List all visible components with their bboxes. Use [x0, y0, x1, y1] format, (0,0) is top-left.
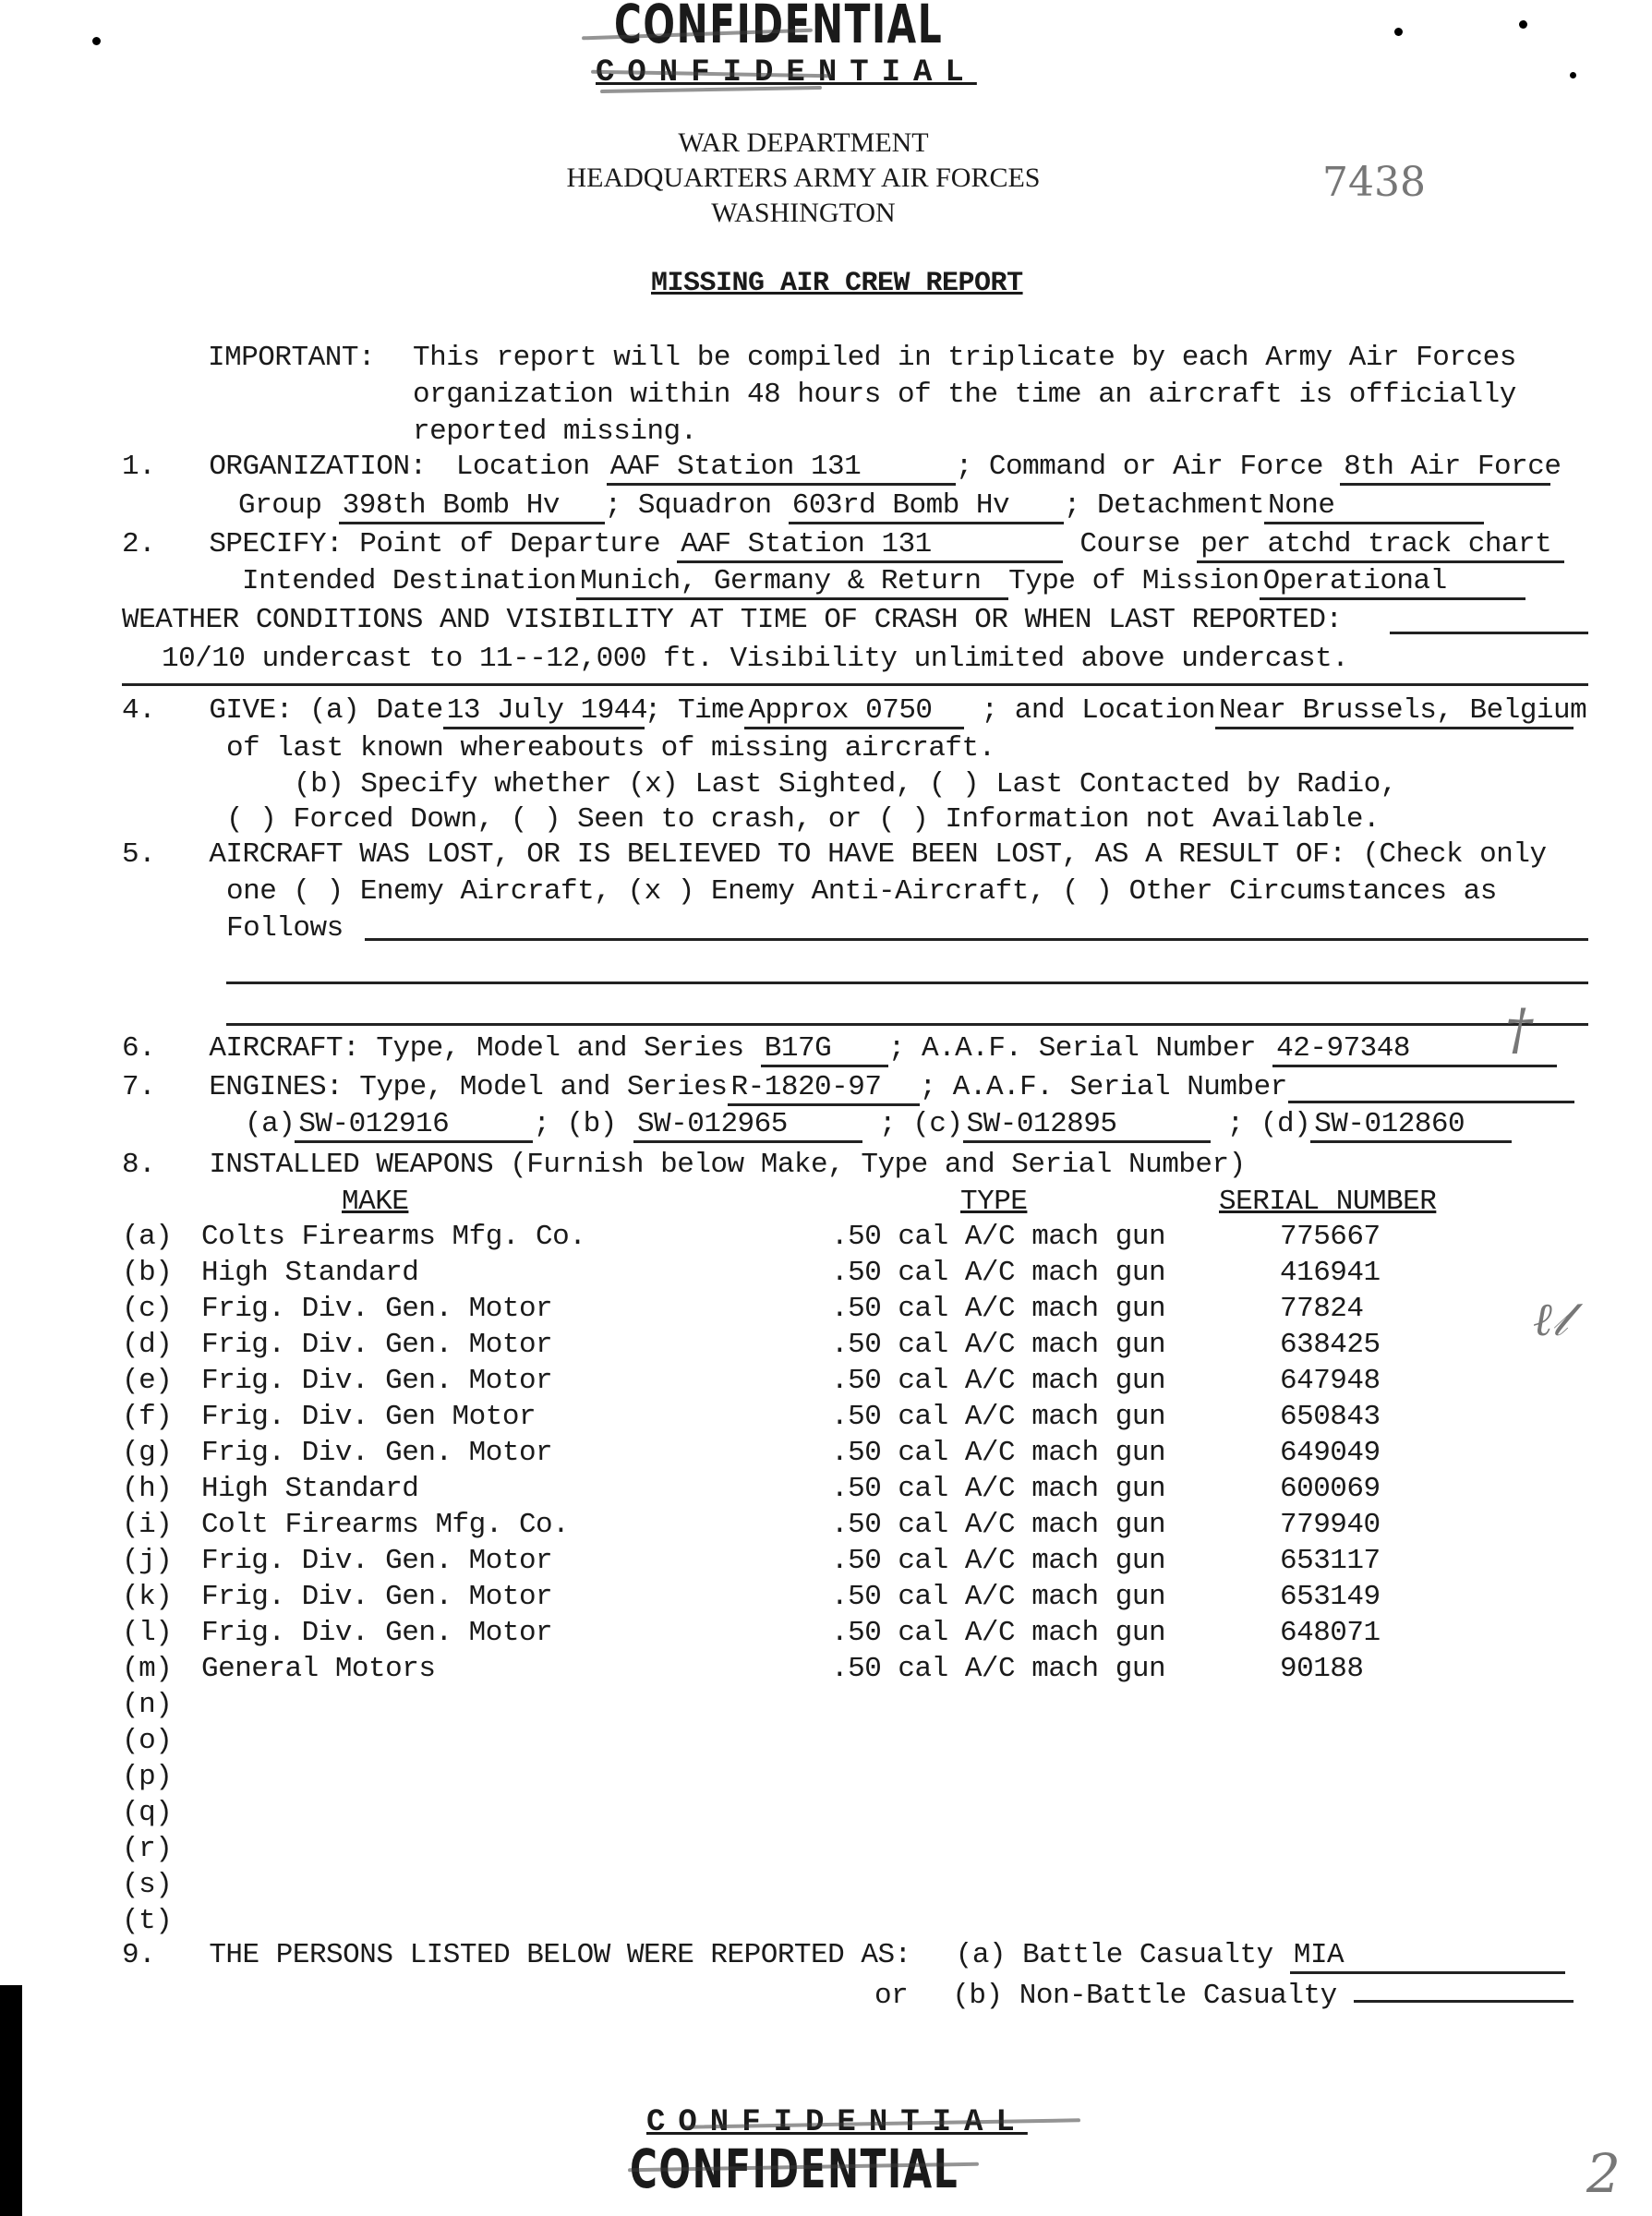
field-label: (a) Battle Casualty: [956, 1939, 1273, 1971]
persons-label: THE PERSONS LISTED BELOW WERE REPORTED A…: [209, 1939, 910, 1971]
weapon-type-cell[interactable]: .50 cal A/C mach gun: [831, 1545, 1165, 1577]
weapon-serial-cell[interactable]: 416941: [1280, 1257, 1381, 1289]
weather-field[interactable]: 10/10 undercast to 11--12,000 ft. Visibi…: [162, 643, 1348, 675]
handwritten-initials: ℓ𝓁: [1533, 1293, 1567, 1347]
fill-line: [365, 938, 1588, 941]
field-label: ; Time: [645, 694, 745, 727]
weapon-row-letter: (i): [122, 1509, 172, 1541]
handwritten-check-mark: †: [1505, 997, 1533, 1062]
report-number: 7438: [1322, 159, 1426, 206]
weapon-make-cell[interactable]: Frig. Div. Gen. Motor: [201, 1545, 552, 1577]
header-line-washington: WASHINGTON: [517, 198, 1090, 229]
section-8-weapons: 8. INSTALLED WEAPONS (Furnish below Make…: [122, 1149, 1246, 1181]
weapon-make-cell[interactable]: Frig. Div. Gen. Motor: [201, 1293, 552, 1325]
last-known-options[interactable]: (x) Last Sighted, ( ) Last Contacted by …: [628, 768, 1397, 801]
weapon-type-cell[interactable]: .50 cal A/C mach gun: [831, 1617, 1165, 1649]
weapon-serial-cell[interactable]: 638425: [1280, 1329, 1381, 1361]
section-number: 8.: [122, 1149, 155, 1181]
weapon-type-cell[interactable]: .50 cal A/C mach gun: [831, 1329, 1165, 1361]
scan-edge-shadow: [0, 1985, 22, 2216]
section-number: 7.: [122, 1071, 155, 1103]
squadron-field[interactable]: 603rd Bomb Hv: [789, 489, 1064, 524]
weapon-type-cell[interactable]: .50 cal A/C mach gun: [831, 1293, 1165, 1325]
aircraft-type-field[interactable]: B17G: [761, 1032, 888, 1067]
fill-line: [1288, 1101, 1574, 1103]
section-4-line2: of last known whereabouts of missing air…: [226, 732, 995, 765]
section-number: 9.: [122, 1939, 155, 1971]
weapon-serial-cell[interactable]: 647948: [1280, 1365, 1381, 1397]
weapon-row-letter: (a): [122, 1221, 172, 1253]
field-label: ENGINES:: [209, 1071, 343, 1103]
weapon-make-cell[interactable]: Frig. Div. Gen. Motor: [201, 1581, 552, 1613]
weapon-serial-cell[interactable]: 779940: [1280, 1509, 1381, 1541]
last-location-field[interactable]: Near Brussels, Belgium: [1215, 694, 1574, 729]
field-label: Type of Mission: [1008, 565, 1260, 597]
section-number: 4.: [122, 694, 155, 727]
section-6-aircraft: 6. AIRCRAFT: Type, Model and Series B17G…: [122, 1032, 1557, 1067]
weapon-type-cell[interactable]: .50 cal A/C mach gun: [831, 1473, 1165, 1505]
weapon-row-letter: (f): [122, 1401, 172, 1433]
last-known-options[interactable]: ( ) Forced Down, ( ) Seen to crash, or (…: [226, 803, 1380, 836]
engine-d-serial-field[interactable]: SW-012860: [1310, 1108, 1512, 1143]
section-number: 1.: [122, 451, 155, 483]
weapon-serial-cell[interactable]: 648071: [1280, 1617, 1381, 1649]
weapon-type-cell[interactable]: .50 cal A/C mach gun: [831, 1365, 1165, 1397]
weapon-type-cell[interactable]: .50 cal A/C mach gun: [831, 1401, 1165, 1433]
weapon-row-letter: (r): [122, 1833, 172, 1865]
time-field[interactable]: Approx 0750: [744, 694, 964, 729]
weapon-serial-cell[interactable]: 600069: [1280, 1473, 1381, 1505]
weapon-type-cell[interactable]: .50 cal A/C mach gun: [831, 1257, 1165, 1289]
follows-label: Follows: [226, 912, 344, 945]
course-field[interactable]: per atchd track chart: [1197, 528, 1564, 563]
weapon-type-cell[interactable]: .50 cal A/C mach gun: [831, 1437, 1165, 1469]
column-header-serial: SERIAL NUMBER: [1219, 1186, 1436, 1218]
field-label: Type, Model and Series: [376, 1032, 743, 1065]
field-label: Group: [238, 489, 322, 522]
weapon-type-cell[interactable]: .50 cal A/C mach gun: [831, 1509, 1165, 1541]
section-9-casualty: 9. THE PERSONS LISTED BELOW WERE REPORTE…: [122, 1939, 1565, 1974]
fill-line: [1390, 632, 1588, 634]
detachment-field[interactable]: None: [1264, 489, 1484, 524]
section-number: 6.: [122, 1032, 155, 1065]
field-label: ; A.A.F. Serial Number: [888, 1032, 1256, 1065]
field-label: Intended Destination: [242, 565, 576, 597]
important-text: organization within 48 hours of the time…: [413, 379, 1516, 411]
weapon-make-cell[interactable]: High Standard: [201, 1473, 418, 1505]
weapon-serial-cell[interactable]: 650843: [1280, 1401, 1381, 1433]
column-header-make: MAKE: [342, 1186, 408, 1218]
field-label: AIRCRAFT:: [209, 1032, 359, 1065]
field-label: GIVE:: [209, 694, 293, 727]
field-label: ; (d): [1227, 1108, 1311, 1140]
weapon-serial-cell[interactable]: 775667: [1280, 1221, 1381, 1253]
field-label: ; Squadron: [605, 489, 772, 522]
engine-type-field[interactable]: R-1820-97: [728, 1071, 920, 1106]
scan-speck: [1570, 72, 1576, 78]
header-line-war-department: WAR DEPARTMENT: [517, 127, 1090, 159]
weapon-serial-cell[interactable]: 77824: [1280, 1293, 1364, 1325]
important-label: IMPORTANT:: [208, 342, 375, 374]
field-label: ; Command or Air Force: [956, 451, 1323, 483]
engine-c-serial-field[interactable]: SW-012895: [963, 1108, 1211, 1143]
section-4-b: (b) Specify whether (x) Last Sighted, ( …: [294, 768, 1397, 801]
field-label: Point of Departure: [359, 528, 660, 560]
weapon-row-letter: (d): [122, 1329, 172, 1361]
fill-line: [226, 982, 1588, 984]
weapon-serial-cell[interactable]: 653149: [1280, 1581, 1381, 1613]
field-label: ; A.A.F. Serial Number: [920, 1071, 1287, 1103]
field-label: (b) Specify whether: [294, 768, 611, 801]
non-battle-casualty-field[interactable]: [1354, 2000, 1574, 2003]
header-line-hq-aaf: HEADQUARTERS ARMY AIR FORCES: [517, 163, 1090, 194]
weapon-row-letter: (m): [122, 1653, 172, 1685]
weapon-row-letter: (j): [122, 1545, 172, 1577]
confidential-stamp-top: CONFIDENTIAL: [614, 0, 943, 55]
important-text: reported missing.: [413, 415, 697, 448]
weapon-make-cell[interactable]: Frig. Div. Gen. Motor: [201, 1329, 552, 1361]
field-label: Location: [456, 451, 590, 483]
weapon-make-cell[interactable]: Frig. Div. Gen. Motor: [201, 1437, 552, 1469]
weapon-make-cell[interactable]: Colt Firearms Mfg. Co.: [201, 1509, 569, 1541]
weapon-serial-cell[interactable]: 649049: [1280, 1437, 1381, 1469]
weapon-row-letter: (s): [122, 1869, 172, 1901]
weapon-row-letter: (k): [122, 1581, 172, 1613]
field-label: Type, Model and Series: [359, 1071, 727, 1103]
section-1-unit: Group 398th Bomb Hv; Squadron 603rd Bomb…: [238, 489, 1484, 524]
field-label: ; (b): [533, 1108, 617, 1140]
section-1-organization: 1. ORGANIZATION: Location AAF Station 13…: [122, 451, 1550, 486]
important-text: This report will be compiled in triplica…: [413, 342, 1516, 374]
report-title: MISSING AIR CREW REPORT: [651, 268, 1023, 299]
weapon-serial-cell[interactable]: 653117: [1280, 1545, 1381, 1577]
weapon-make-cell[interactable]: High Standard: [201, 1257, 418, 1289]
weapon-make-cell[interactable]: Frig. Div. Gen Motor: [201, 1401, 536, 1433]
weapon-row-letter: (n): [122, 1689, 172, 1721]
field-label: ORGANIZATION:: [209, 451, 426, 483]
section-4-give: 4. GIVE: (a) Date13 July 1944; TimeAppro…: [122, 694, 1574, 729]
page-number: 2: [1586, 2142, 1621, 2205]
weapon-row-letter: (h): [122, 1473, 172, 1505]
location-field[interactable]: AAF Station 131: [607, 451, 956, 486]
field-label: ; (c): [879, 1108, 963, 1140]
engine-a-serial-field[interactable]: SW-012916: [295, 1108, 533, 1143]
weapon-make-cell[interactable]: Frig. Div. Gen. Motor: [201, 1617, 552, 1649]
scan-speck: [92, 37, 101, 45]
fill-line: [226, 1023, 1588, 1026]
battle-casualty-field[interactable]: MIA: [1290, 1939, 1565, 1974]
weapon-make-cell[interactable]: General Motors: [201, 1653, 435, 1685]
section-5-cause: 5. AIRCRAFT WAS LOST, OR IS BELIEVED TO …: [122, 838, 1547, 871]
scan-speck: [1394, 28, 1403, 36]
departure-field[interactable]: AAF Station 131: [677, 528, 1063, 563]
weapon-row-letter: (p): [122, 1761, 172, 1793]
date-field[interactable]: 13 July 1944: [443, 694, 645, 729]
weapons-label: INSTALLED WEAPONS (Furnish below Make, T…: [209, 1149, 1245, 1181]
section-number: 2.: [122, 528, 155, 560]
section-2-destination: Intended DestinationMunich, Germany & Re…: [242, 565, 1525, 600]
scan-speck: [1519, 20, 1527, 29]
column-header-type: TYPE: [960, 1186, 1027, 1218]
field-label: (a): [245, 1108, 295, 1140]
section-7-engines: 7. ENGINES: Type, Model and SeriesR-1820…: [122, 1071, 1287, 1106]
weapon-type-cell[interactable]: .50 cal A/C mach gun: [831, 1581, 1165, 1613]
weapon-row-letter: (q): [122, 1797, 172, 1829]
field-label: ; and Location: [982, 694, 1215, 727]
weapon-row-letter: (c): [122, 1293, 172, 1325]
engine-serials: (a)SW-012916; (b) SW-012965 ; (c)SW-0128…: [245, 1108, 1512, 1143]
loss-cause-options[interactable]: one ( ) Enemy Aircraft, (x ) Enemy Anti-…: [226, 875, 1497, 908]
weapon-type-cell[interactable]: .50 cal A/C mach gun: [831, 1221, 1165, 1253]
weapon-row-letter: (e): [122, 1365, 172, 1397]
section-number: 5.: [122, 838, 155, 871]
weapon-row-letter: (g): [122, 1437, 172, 1469]
weapon-row-letter: (t): [122, 1905, 172, 1937]
section-2-specify: 2. SPECIFY: Point of Departure AAF Stati…: [122, 528, 1564, 563]
weapon-serial-cell[interactable]: 90188: [1280, 1653, 1364, 1685]
weapon-row-letter: (l): [122, 1617, 172, 1649]
mission-type-field[interactable]: Operational: [1260, 565, 1525, 600]
weather-label: WEATHER CONDITIONS AND VISIBILITY AT TIM…: [122, 604, 1343, 636]
destination-field[interactable]: Munich, Germany & Return: [576, 565, 1008, 600]
weapon-row-letter: (o): [122, 1725, 172, 1757]
field-label: SPECIFY:: [209, 528, 343, 560]
field-label: Course: [1079, 528, 1180, 560]
weapon-type-cell[interactable]: .50 cal A/C mach gun: [831, 1653, 1165, 1685]
field-label: ; Detachment: [1064, 489, 1264, 522]
weapon-row-letter: (b): [122, 1257, 172, 1289]
group-field[interactable]: 398th Bomb Hv: [339, 489, 605, 524]
command-field[interactable]: 8th Air Force: [1340, 451, 1550, 486]
field-label: or: [874, 1980, 908, 2012]
fill-line: [122, 683, 1588, 686]
field-label: (a) Date: [309, 694, 443, 727]
section-9-nonbattle: or (b) Non-Battle Casualty: [874, 1980, 1574, 2012]
field-label: (b) Non-Battle Casualty: [952, 1980, 1336, 2012]
weapon-make-cell[interactable]: Frig. Div. Gen. Motor: [201, 1365, 552, 1397]
cause-label: AIRCRAFT WAS LOST, OR IS BELIEVED TO HAV…: [209, 838, 1546, 871]
weapon-make-cell[interactable]: Colts Firearms Mfg. Co.: [201, 1221, 585, 1253]
engine-b-serial-field[interactable]: SW-012965: [633, 1108, 862, 1143]
